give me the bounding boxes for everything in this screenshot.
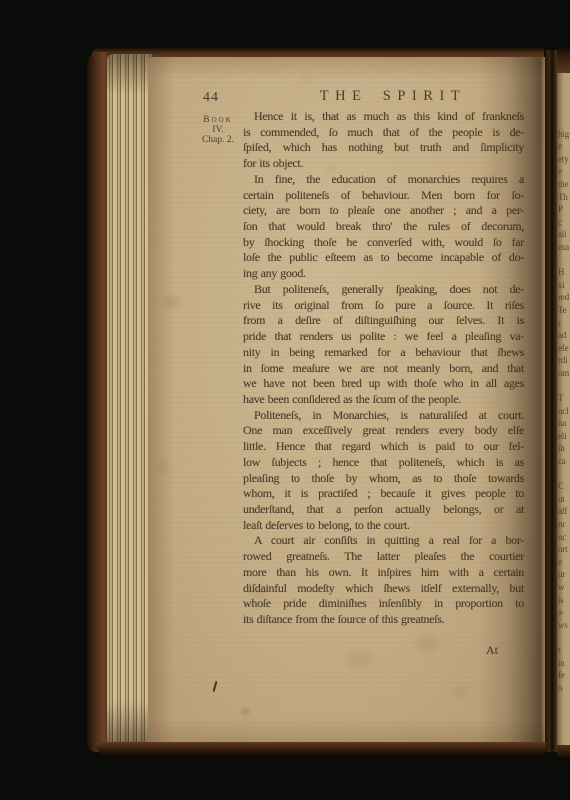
foxing-stain <box>300 75 314 83</box>
page-number: 44 <box>203 90 219 106</box>
pen-mark <box>213 681 218 692</box>
page-edges-stack <box>107 54 153 746</box>
foxing-stain <box>156 461 170 473</box>
gutter-shadow <box>478 57 545 748</box>
margin-note: Book IV. Chap. 2. <box>195 115 241 145</box>
left-page: 44 THE SPIRIT Book IV. Chap. 2. Hence it… <box>148 57 545 748</box>
gutter-crease <box>545 50 557 752</box>
margin-note-book-label: Book <box>195 115 241 125</box>
facing-page-bottom-leather <box>557 745 570 757</box>
facing-page-text-fragments: Ahige letye mtheThPcalirna HxiredTeradef… <box>558 115 570 694</box>
margin-note-chapter: Chap. 2. <box>195 135 241 145</box>
book-photo: 44 THE SPIRIT Book IV. Chap. 2. Hence it… <box>0 0 570 800</box>
ink-speck <box>241 708 249 715</box>
book-bottom-leather-edge <box>96 742 546 755</box>
facing-page-sliver: Ahige letye mtheThPcalirna HxiredTeradef… <box>557 73 570 746</box>
foxing-stain <box>162 295 180 309</box>
margin-note-book-number: IV. <box>195 125 241 135</box>
foxing-stain <box>452 685 468 697</box>
facing-page-top-leather <box>557 47 570 74</box>
